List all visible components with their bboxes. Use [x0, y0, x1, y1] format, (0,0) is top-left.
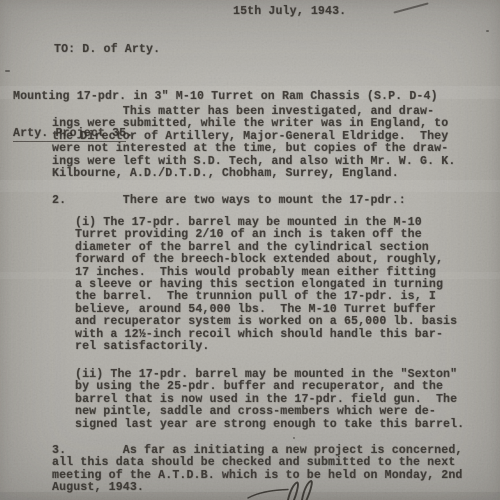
- date-line: 15th July, 1943.: [233, 6, 346, 18]
- text-line: signed last year are strong enough to ta…: [75, 419, 464, 431]
- text-line: forward of the breech-block extended abo…: [75, 254, 457, 266]
- subject-line-1: Mounting 17-pdr. in 3" M-10 Turret on Ra…: [13, 91, 438, 103]
- section-2-heading: 2. There are two ways to mount the 17-pd…: [52, 195, 406, 207]
- text-line: new pintle, saddle and cross-members whi…: [75, 406, 464, 418]
- text-line: Kilbourne, A.D./D.T.D., Chobham, Surrey,…: [52, 168, 455, 180]
- ink-speck: [293, 437, 295, 439]
- text-line: the barrel. The trunnion pull of the 17-…: [75, 291, 457, 303]
- scan-light-band: [0, 180, 500, 192]
- paragraph-1: This matter has been investigated, and d…: [52, 106, 455, 180]
- ink-speck: [5, 70, 10, 72]
- text-line: by using the 25-pdr. buffer and recupera…: [75, 381, 464, 393]
- text-line: all this data should be checked and subm…: [52, 457, 463, 469]
- section-3-paragraph: 3. As far as initiating a new project is…: [52, 445, 463, 495]
- scanned-letter-page: 15th July, 1943. TO: D. of Arty. Mountin…: [0, 0, 500, 500]
- crease-mark: [393, 2, 428, 13]
- text-line: Turret providing 2/10 of an inch is take…: [75, 229, 457, 241]
- text-line: and recuperator system is worked on a 65…: [75, 316, 457, 328]
- text-line: were not interested at the time, but cop…: [52, 143, 455, 155]
- section-2-item-ii: (ii) The 17-pdr. barrel may be mounted i…: [75, 369, 464, 431]
- to-line: TO: D. of Arty.: [54, 44, 160, 56]
- section-2-item-i: (i) The 17-pdr. barrel may be mounted in…: [75, 217, 457, 353]
- text-line: August, 1943.: [52, 482, 463, 494]
- text-line: rel satisfactorily.: [75, 341, 457, 353]
- text-line: ings were submitted, while the writer wa…: [52, 118, 455, 130]
- ink-speck: [486, 30, 489, 32]
